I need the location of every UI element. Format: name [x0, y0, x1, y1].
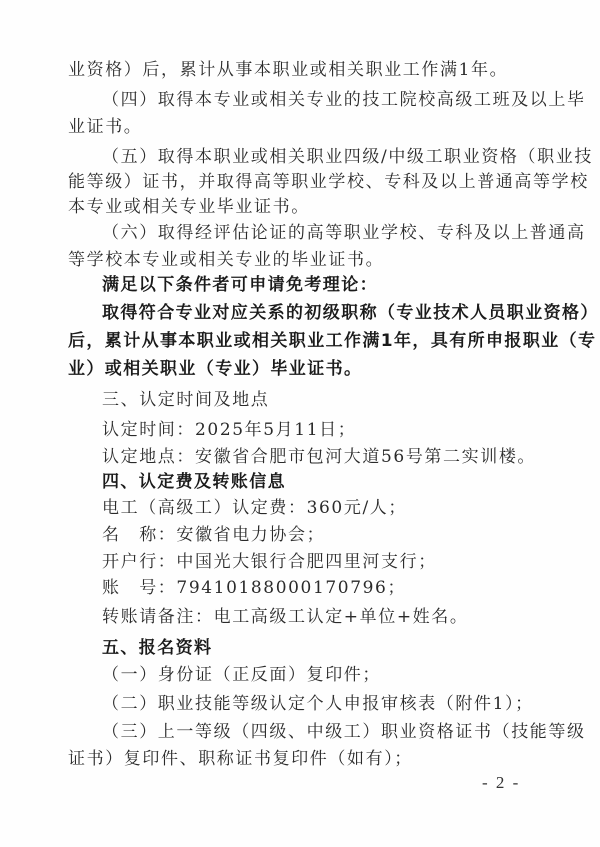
text-line: 业证书。 [68, 113, 530, 141]
exemption-text: 取得符合专业对应关系的初级职称（专业技术人员职业资格） [102, 299, 530, 327]
material-item-3: （三）上一等级（四级、中级工）职业资格证书（技能等级 [102, 718, 530, 746]
certification-location: 认定地点：安徽省合肥市包河大道56号第二实训楼。 [102, 443, 530, 471]
text-line: 等学校本专业或相关专业的毕业证书。 [68, 246, 530, 274]
list-item-4: （四）取得本专业或相关专业的技工院校高级工班及以上毕 [102, 86, 530, 114]
account-name: 名 称：安徽省电力协会； [102, 521, 530, 549]
section-heading-materials: 五、报名资料 [102, 634, 530, 662]
transfer-note: 转账请备注：电工高级工认定+单位+姓名。 [102, 603, 530, 631]
exemption-text: 业）或相关职业（专业）毕业证书。 [68, 355, 530, 383]
list-item-6: （六）取得经评估论证的高等职业学校、专科及以上普通高 [102, 219, 530, 247]
text-line: 能等级）证书，并取得高等职业学校、专科及以上普通高等学校 [68, 168, 530, 196]
page-number: - 2 - [482, 770, 520, 796]
text-line: 本专业或相关专业毕业证书。 [68, 193, 530, 221]
list-item-5: （五）取得本职业或相关职业四级/中级工职业资格（职业技 [102, 143, 530, 171]
material-item-1: （一）身份证（正反面）复印件； [102, 661, 530, 689]
section-heading-fee: 四、认定费及转账信息 [102, 468, 530, 496]
exemption-text: 后，累计从事本职业或相关职业工作满1年，具有所申报职业（专 [68, 327, 530, 355]
exemption-heading: 满足以下条件者可申请免考理论： [102, 271, 530, 299]
document-page: 业资格）后，累计从事本职业或相关职业工作满1年。 （四）取得本专业或相关专业的技… [0, 0, 600, 847]
text-line: 证书）复印件、职称证书复印件（如有）； [68, 745, 530, 773]
account-number: 账 号：79410188000170796； [102, 574, 530, 602]
fee-amount: 电工（高级工）认定费：360元/人； [102, 494, 530, 522]
certification-date: 认定时间：2025年5月11日； [102, 416, 530, 444]
bank-name: 开户行：中国光大银行合肥四里河支行； [102, 548, 530, 576]
section-heading-time-place: 三、认定时间及地点 [102, 386, 530, 414]
text-line: 业资格）后，累计从事本职业或相关职业工作满1年。 [68, 56, 530, 84]
material-item-2: （二）职业技能等级认定个人申报审核表（附件1）； [102, 690, 530, 718]
